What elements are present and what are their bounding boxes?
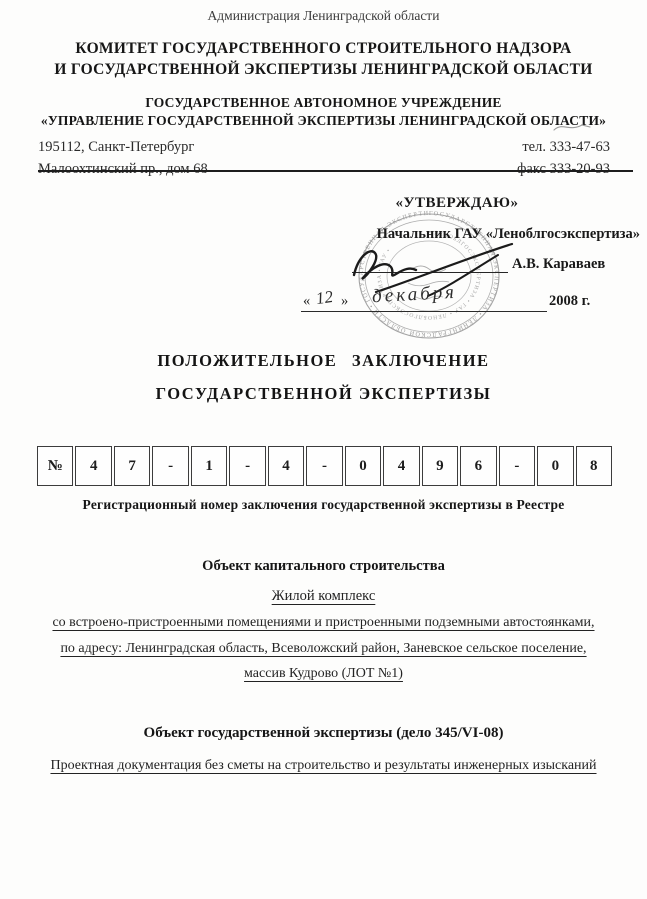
expertise-object-desc: Проектная документация без сметы на стро… bbox=[0, 758, 647, 774]
construction-object-desc-line2: по адресу: Ленинградская область, Всевол… bbox=[0, 641, 647, 657]
contact-numbers: тел. 333-47-63 факс 333-20-93 bbox=[517, 136, 610, 180]
reg-cell: 6 bbox=[460, 446, 496, 486]
postal-address: 195112, Санкт-Петербург Малоохтинский пр… bbox=[38, 136, 208, 180]
date-close-quote: » bbox=[341, 293, 348, 310]
reg-cell: 4 bbox=[383, 446, 419, 486]
reg-cell: - bbox=[152, 446, 188, 486]
committee-name: КОМИТЕТ ГОСУДАРСТВЕННОГО СТРОИТЕЛЬНОГО Н… bbox=[0, 38, 647, 80]
institution-name: ГОСУДАРСТВЕННОЕ АВТОНОМНОЕ УЧРЕЖДЕНИЕ «У… bbox=[0, 94, 647, 130]
reg-cell: - bbox=[229, 446, 265, 486]
approver-name: А.В. Караваев bbox=[512, 256, 605, 273]
committee-name-line2: И ГОСУДАРСТВЕННОЙ ЭКСПЕРТИЗЫ ЛЕНИНГРАДСК… bbox=[0, 59, 647, 80]
construction-object-desc-line1: со встроено-пристроенными помещениями и … bbox=[0, 615, 647, 631]
construction-object-desc-line3: массив Кудрово (ЛОТ №1) bbox=[0, 666, 647, 682]
reg-cell: - bbox=[306, 446, 342, 486]
postal-city: 195112, Санкт-Петербург bbox=[38, 136, 208, 158]
separator-rule bbox=[38, 170, 633, 172]
reg-cell: 1 bbox=[191, 446, 227, 486]
reg-cell: 4 bbox=[75, 446, 111, 486]
reg-cell: 0 bbox=[345, 446, 381, 486]
document-title-line1: ПОЛОЖИТЕЛЬНОЕ ЗАКЛЮЧЕНИЕ bbox=[0, 351, 647, 371]
handwritten-day: 12 bbox=[315, 287, 335, 309]
construction-object-name: Жилой комплекс bbox=[0, 588, 647, 605]
scanned-document-page: Администрация Ленинградской области КОМИ… bbox=[0, 0, 647, 899]
administration-line: Администрация Ленинградской области bbox=[0, 8, 647, 24]
reg-cell: 0 bbox=[537, 446, 573, 486]
reg-cell: № bbox=[37, 446, 73, 486]
registration-number-table: № 4 7 - 1 - 4 - 0 4 9 6 - 0 8 bbox=[37, 446, 612, 486]
reg-cell: 7 bbox=[114, 446, 150, 486]
date-underline bbox=[301, 311, 547, 312]
reg-cell: 4 bbox=[268, 446, 304, 486]
construction-object-heading: Объект капитального строительства bbox=[0, 558, 647, 575]
signature-line bbox=[352, 272, 508, 273]
approver-position: Начальник ГАУ «Леноблгосэкспертиза» bbox=[340, 226, 640, 243]
date-year: 2008 г. bbox=[549, 293, 590, 310]
document-title-line2: ГОСУДАРСТВЕННОЙ ЭКСПЕРТИЗЫ bbox=[0, 384, 647, 404]
institution-name-line1: ГОСУДАРСТВЕННОЕ АВТОНОМНОЕ УЧРЕЖДЕНИЕ bbox=[0, 94, 647, 112]
registration-caption: Регистрационный номер заключения государ… bbox=[0, 497, 647, 513]
reg-cell: 8 bbox=[576, 446, 612, 486]
street-address: Малоохтинский пр., дом 68 bbox=[38, 158, 208, 180]
committee-name-line1: КОМИТЕТ ГОСУДАРСТВЕННОГО СТРОИТЕЛЬНОГО Н… bbox=[0, 38, 647, 59]
reg-cell: 9 bbox=[422, 446, 458, 486]
phone-number: тел. 333-47-63 bbox=[517, 136, 610, 158]
handwritten-month: декабря bbox=[371, 282, 457, 308]
date-open-quote: « bbox=[303, 293, 310, 310]
institution-name-line2: «УПРАВЛЕНИЕ ГОСУДАРСТВЕННОЙ ЭКСПЕРТИЗЫ Л… bbox=[0, 112, 647, 130]
expertise-object-heading: Объект государственной экспертизы (дело … bbox=[0, 725, 647, 742]
fax-number: факс 333-20-93 bbox=[517, 158, 610, 180]
reg-cell: - bbox=[499, 446, 535, 486]
official-round-seal-stamp: ГОСУДАРСТВЕННАЯ ЭКСПЕРТИЗА • ЛЕНИНГРАДСК… bbox=[348, 203, 510, 349]
approval-stamp-word: «УТВЕРЖДАЮ» bbox=[300, 195, 614, 212]
seal-ring-text: ГОСУДАРСТВЕННАЯ ЭКСПЕРТИЗА • ЛЕНИНГРАДСК… bbox=[348, 203, 500, 338]
